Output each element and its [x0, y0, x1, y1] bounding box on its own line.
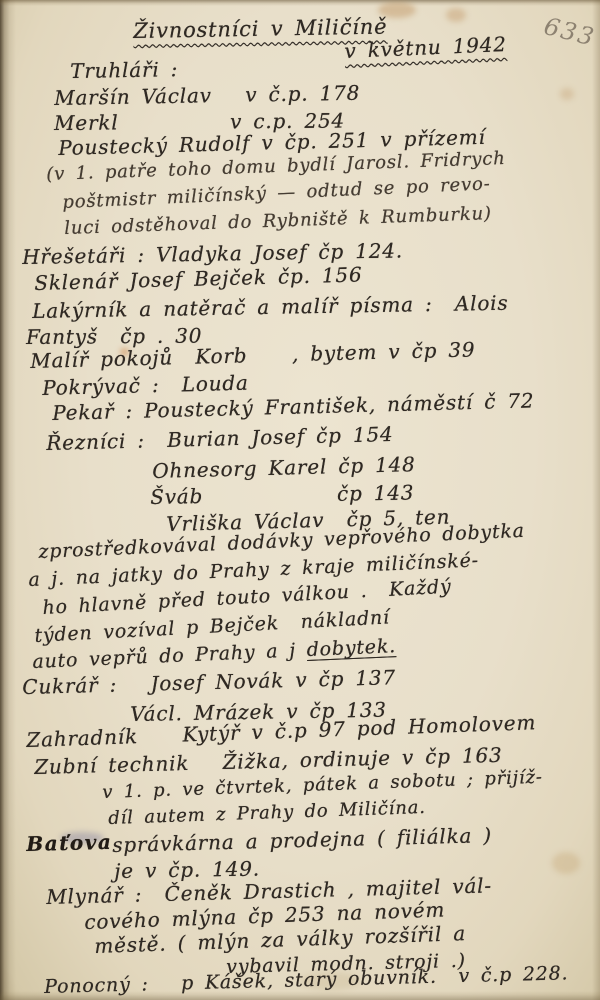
handwritten-line: je v čp. 149. — [114, 857, 260, 882]
heading-pokryvac: Pokrývač : Louda — [42, 372, 249, 399]
heading-lakyrnik: Lakýrník a natěrač a malíř písma : Alois — [32, 292, 509, 322]
handwritten-line: Šváb čp 143 — [150, 481, 414, 508]
heading-truhlari: Truhláři : — [70, 58, 178, 82]
folio-number: 633 — [541, 12, 598, 52]
underlined-word: dobytek. — [306, 635, 396, 661]
heading-reznici: Řezníci : Burian Josef čp 154 — [46, 423, 394, 454]
stain — [446, 8, 466, 22]
page-date: v květnu 1942 — [344, 33, 507, 62]
page-edge-top — [0, 0, 600, 6]
handwritten-line: Ohnesorg Karel čp 148 — [152, 453, 416, 482]
heading-batova: Baťova — [26, 831, 113, 855]
stain — [560, 88, 574, 100]
handwritten-line: díl autem z Prahy do Miličína. — [108, 798, 426, 829]
stain — [552, 852, 580, 874]
handwritten-line: Maršín Václav v č.p. 178 — [54, 82, 360, 109]
page-edge-right — [592, 0, 600, 1000]
handwritten-line: správkárna a prodejna ( filiálka ) — [112, 824, 492, 856]
binding-shadow-left — [0, 0, 16, 1000]
scanned-document-page: 633 Živnostníci v Miličíně v květnu 1942… — [0, 0, 600, 1000]
heading-sklenar: Sklenář Josef Bejček čp. 156 — [34, 263, 363, 294]
